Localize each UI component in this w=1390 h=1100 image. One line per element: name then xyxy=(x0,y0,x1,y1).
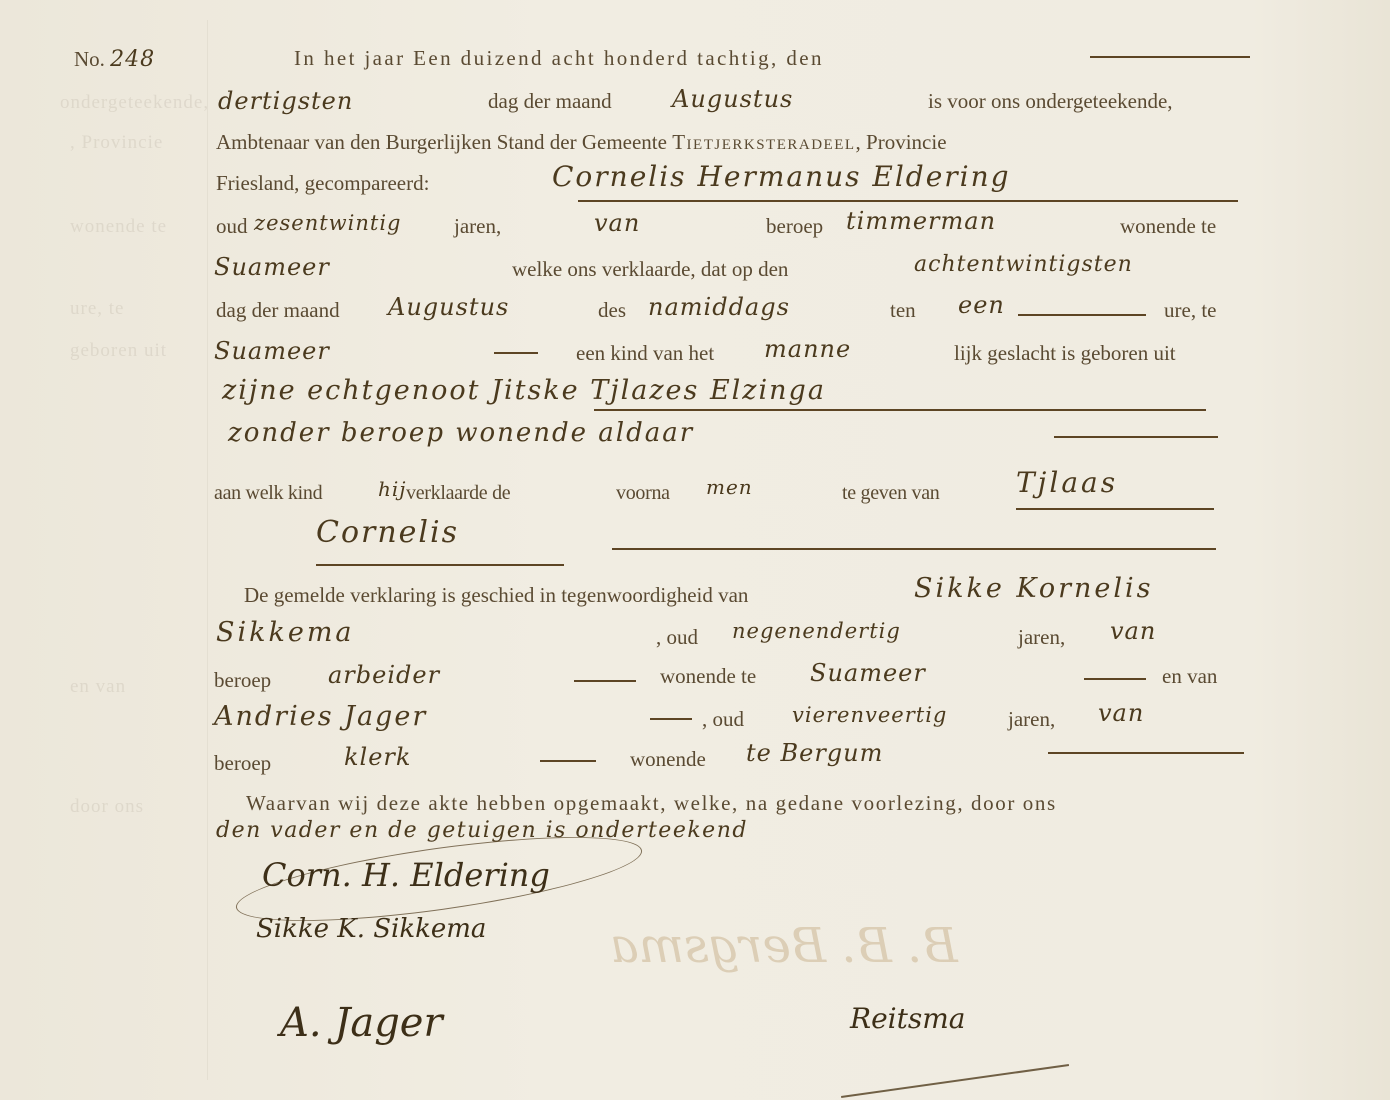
handwritten-father-name: Cornelis Hermanus Eldering xyxy=(552,164,1011,190)
line-5-wonende: wonende te xyxy=(1120,213,1216,239)
line-6-printed: welke ons verklaarde, dat op den xyxy=(512,256,788,282)
handwritten-child-name-2: Cornelis xyxy=(316,520,459,546)
handwritten-witness2-age: vierenveertig xyxy=(792,702,947,728)
fill-line xyxy=(1090,56,1250,58)
fill-line xyxy=(1048,752,1244,754)
handwritten-birth-place: Suameer xyxy=(214,338,330,364)
handwritten-residence: Suameer xyxy=(214,254,330,280)
fill-line xyxy=(1018,314,1146,316)
line-16-oud: , oud xyxy=(702,706,744,732)
handwritten-witness1-name-b: Sikkema xyxy=(216,620,355,646)
handwritten-declarant: hij xyxy=(378,476,406,502)
dash xyxy=(650,718,692,720)
handwritten-birth-month: Augustus xyxy=(388,294,509,320)
line-7-des: des xyxy=(598,297,626,323)
line-13-printed: De gemelde verklaring is geschied in teg… xyxy=(244,582,748,608)
handwritten-day: dertigsten xyxy=(218,87,353,115)
handwritten-birth-day: achtentwintigsten xyxy=(914,252,1133,278)
signature-witness1: Sikke K. Sikkema xyxy=(256,914,486,944)
handwritten-father-occupation: timmerman xyxy=(846,208,996,234)
handwritten-witness2-name: Andries Jager xyxy=(214,704,427,730)
signature-witness2: A. Jager xyxy=(280,1000,443,1046)
line-2-printed-b: is voor ons ondergeteekende, xyxy=(928,88,1173,114)
line-11-a: aan welk kind xyxy=(214,480,322,506)
line-17-wonende: wonende xyxy=(630,746,706,772)
line-8-printed-b: lijk geslacht is geboren uit xyxy=(954,340,1176,366)
handwritten-hour: een xyxy=(958,292,1005,318)
line-11-c: voorna xyxy=(616,480,670,506)
ink-bleed-through: B. B. Bergsma xyxy=(610,918,958,974)
line-3: Ambtenaar van den Burgerlijken Stand der… xyxy=(216,129,947,155)
signature-underline xyxy=(841,1064,1069,1097)
fill-line xyxy=(612,548,1216,550)
line-15-en-van: en van xyxy=(1162,663,1217,689)
fill-line xyxy=(1016,508,1214,510)
line-14-jaren: jaren, xyxy=(1018,624,1065,650)
line-14-oud: , oud xyxy=(656,624,698,650)
signature-father: Corn. H. Eldering xyxy=(262,856,550,894)
dash xyxy=(574,680,636,682)
fill-line xyxy=(316,564,564,566)
signature-official: Reitsma xyxy=(850,1002,965,1035)
fill-line xyxy=(578,200,1238,202)
printed-text: Ambtenaar van den Burgerlijken Stand der… xyxy=(216,130,667,154)
handwritten-witness2-occupation: klerk xyxy=(344,744,411,770)
line-8-printed-a: een kind van het xyxy=(576,340,714,366)
record-number: No. 248 xyxy=(74,46,155,73)
line-7-printed-a: dag der maand xyxy=(216,297,340,323)
line-7-ure: ure, te xyxy=(1164,297,1216,323)
handwritten-men: men xyxy=(706,474,753,500)
line-15-beroep: beroep xyxy=(214,667,271,693)
handwritten-witness1-occupation: arbeider xyxy=(328,662,440,688)
line-15-wonende: wonende te xyxy=(660,663,756,689)
handwritten-witness1-name-a: Sikke Kornelis xyxy=(914,576,1154,602)
handwritten-van: van xyxy=(1110,618,1156,644)
line-11-d: te geven van xyxy=(842,480,939,506)
line-16-jaren: jaren, xyxy=(1008,706,1055,732)
line-2: dertigsten xyxy=(218,88,353,115)
record-number-value: 248 xyxy=(110,47,155,72)
handwritten-witness1-residence: Suameer xyxy=(810,660,926,686)
line-5-oud: oud xyxy=(216,213,248,239)
dash xyxy=(494,352,538,354)
handwritten-sex: manne xyxy=(764,336,851,362)
handwritten-van: van xyxy=(594,210,640,236)
document-page: ondergeteekende, , Provincie wonende te … xyxy=(0,0,1390,1100)
bleed-through-text: en van xyxy=(70,676,126,698)
line-5-beroep: beroep xyxy=(766,213,823,239)
municipality-name: Tietjerksteradeel xyxy=(672,130,855,154)
handwritten-mother: zijne echtgenoot Jitske Tjlazes Elzinga xyxy=(222,378,826,404)
fill-line xyxy=(594,409,1206,411)
handwritten-month: Augustus xyxy=(672,86,793,112)
printed-text: , Provincie xyxy=(856,130,947,154)
line-4-printed: Friesland, gecompareerd: xyxy=(216,170,429,196)
handwritten-father-age: zesentwintig xyxy=(254,210,401,236)
handwritten-signed-by: den vader en de getuigen is onderteekend xyxy=(216,818,748,844)
record-number-label: No. xyxy=(74,47,105,71)
line-5-jaren: jaren, xyxy=(454,213,501,239)
bleed-through-text: , Provincie xyxy=(70,132,163,154)
bleed-through-text: wonende te xyxy=(70,216,167,238)
handwritten-time-of-day: namiddags xyxy=(648,294,790,320)
handwritten-witness2-residence: te Bergum xyxy=(746,740,883,766)
line-18-printed: Waarvan wij deze akte hebben opgemaakt, … xyxy=(246,790,1057,816)
handwritten-mother-occupation: zonder beroep wonende aldaar xyxy=(228,420,694,446)
line-17-beroep: beroep xyxy=(214,750,271,776)
fill-line xyxy=(1054,436,1218,438)
bleed-through-text: ondergeteekende, xyxy=(60,92,209,114)
handwritten-child-name-1: Tjlaas xyxy=(1016,470,1118,496)
handwritten-witness1-age: negenendertig xyxy=(732,618,901,644)
line-2-printed-a: dag der maand xyxy=(488,88,612,114)
bleed-through-text: door ons xyxy=(70,796,144,818)
handwritten-van: van xyxy=(1098,700,1144,726)
line-1: In het jaar Een duizend acht honderd tac… xyxy=(294,45,824,71)
bleed-through-text: geboren uit xyxy=(70,340,167,362)
dash xyxy=(1084,678,1146,680)
line-11-b: verklaarde de xyxy=(406,480,510,506)
bleed-through-text: ure, te xyxy=(70,298,124,320)
line-7-ten: ten xyxy=(890,297,916,323)
dash xyxy=(540,760,596,762)
printed-text: In het jaar Een duizend acht honderd tac… xyxy=(294,46,824,70)
margin-rule xyxy=(207,20,208,1080)
